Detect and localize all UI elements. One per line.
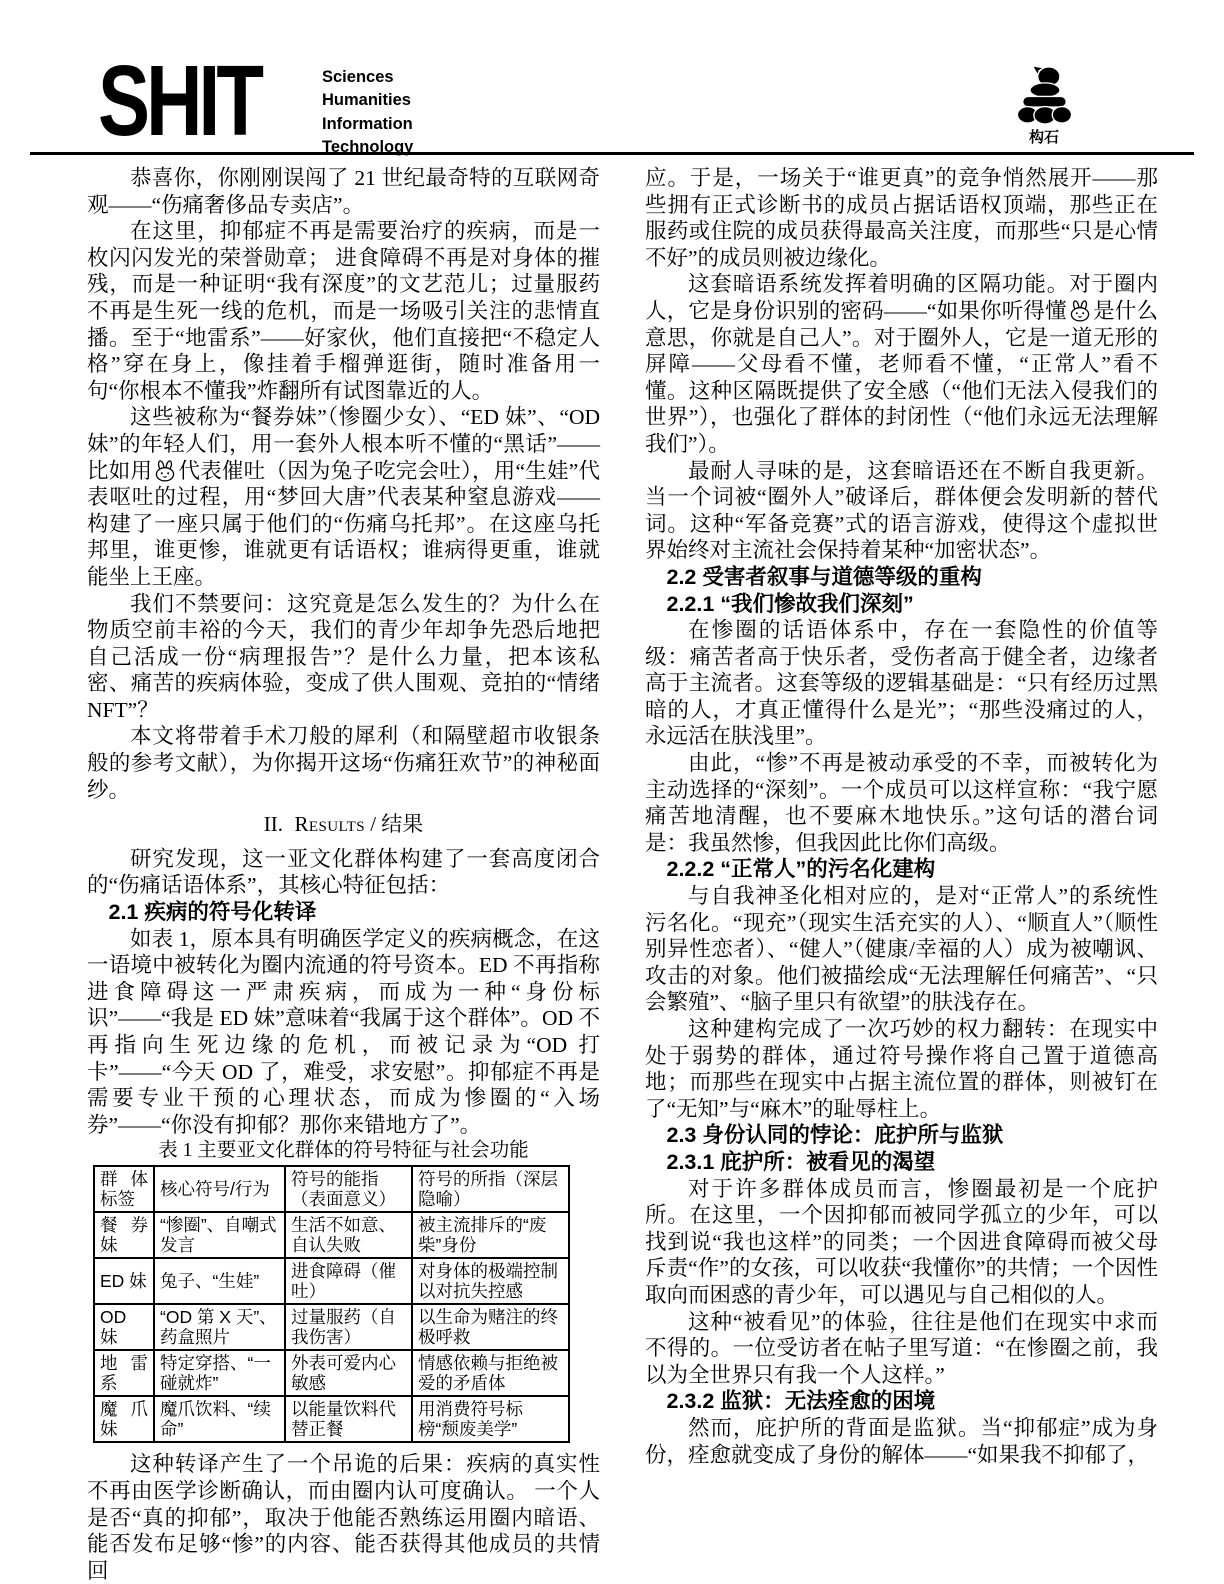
- subsection-heading: 2.2 受害者叙事与道德等级的重构: [645, 564, 1158, 591]
- table-header-cell: 符号的所指（深层隐喻）: [412, 1166, 569, 1212]
- journal-word: Humanities: [322, 89, 413, 112]
- table-cell: 餐券妹: [94, 1212, 154, 1258]
- text-run: 如表 1，原本具有明确医学定义的疾病概念，在这一语境中被转化为圈内流通的符号资本…: [87, 927, 600, 1137]
- table-cell: “OD 第 X 天”、药盒照片: [154, 1304, 285, 1350]
- subsection-heading: 2.3.1 庇护所：被看见的渴望: [645, 1149, 1158, 1176]
- paragraph: 这些被称为“餐券妹”（惨圈少女）、“ED 妹”、“OD 妹”的年轻人们，用一套外…: [87, 404, 600, 590]
- table-cell: 生活不如意、自认失败: [285, 1212, 412, 1258]
- table-caption: 表 1 主要亚文化群体的符号特征与社会功能: [87, 1139, 600, 1163]
- cairn-icon: [1013, 64, 1075, 124]
- text-run: 恭喜你，你刚刚误闯了 21 世纪最奇特的互联网奇观——“伤痛奢侈品专卖店”。: [87, 166, 600, 217]
- table-row: 地雷系特定穿搭、“一碰就炸”外表可爱内心敏感情感依赖与拒绝被爱的矛盾体: [94, 1350, 569, 1396]
- text-run: 应。于是，一场关于“谁更真”的竞争悄然展开——那些拥有正式诊断书的成员占据话语权…: [645, 166, 1158, 270]
- paragraph: 应。于是，一场关于“谁更真”的竞争悄然展开——那些拥有正式诊断书的成员占据话语权…: [645, 165, 1158, 271]
- subsection-heading: 2.2.2 “正常人”的污名化建构: [645, 856, 1158, 883]
- text-run: 与自我神圣化相对应的，是对“正常人”的系统性污名化。“现充”（现实生活充实的人）…: [645, 884, 1158, 1014]
- paragraph: 研究发现，这一亚文化群体构建了一套高度闭合的“伤痛话语体系”，其核心特征包括：: [87, 846, 600, 899]
- table-cell: OD 妹: [94, 1304, 154, 1350]
- subsection-heading: 2.3.2 监狱：无法痊愈的困境: [645, 1388, 1158, 1415]
- table-cell: 魔爪妹: [94, 1396, 154, 1442]
- right-column: 应。于是，一场关于“谁更真”的竞争悄然展开——那些拥有正式诊断书的成员占据话语权…: [645, 165, 1158, 1468]
- table-cell: 过量服药（自我伤害）: [285, 1304, 412, 1350]
- paragraph: 如表 1，原本具有明确医学定义的疾病概念，在这一语境中被转化为圈内流通的符号资本…: [87, 926, 600, 1139]
- left-column: 恭喜你，你刚刚误闯了 21 世纪最奇特的互联网奇观——“伤痛奢侈品专卖店”。在这…: [87, 165, 600, 1584]
- publisher-logo: 构石: [1010, 64, 1078, 146]
- paragraph: 本文将带着手术刀般的犀利（和隔壁超市收银条般的参考文献），为你揭开这场“伤痛狂欢…: [87, 723, 600, 803]
- table-cell: 用消费符号标榜“颓废美学”: [412, 1396, 569, 1442]
- text-run: 我们不禁要问：这究竟是怎么发生的？为什么在物质空前丰裕的今天，我们的青少年却争先…: [87, 592, 600, 722]
- text-run: 这种“被看见”的体验，往往是他们在现实中求而不得的。一位受访者在帖子里写道：“在…: [645, 1310, 1158, 1387]
- journal-word: Information: [322, 113, 413, 136]
- paragraph: 在这里，抑郁症不再是需要治疗的疾病，而是一枚闪闪发光的荣誉勋章； 进食障碍不再是…: [87, 218, 600, 404]
- paragraph: 这种“被看见”的体验，往往是他们在现实中求而不得的。一位受访者在帖子里写道：“在…: [645, 1309, 1158, 1389]
- paragraph: 我们不禁要问：这究竟是怎么发生的？为什么在物质空前丰裕的今天，我们的青少年却争先…: [87, 591, 600, 724]
- table-header-cell: 群体标签: [94, 1166, 154, 1212]
- text-run: 由此，“惨”不再是被动承受的不幸，而被转化为主动选择的“深刻”。一个成员可以这样…: [645, 751, 1158, 855]
- text-run: 本文将带着手术刀般的犀利（和隔壁超市收银条般的参考文献），为你揭开这场“伤痛狂欢…: [87, 724, 600, 801]
- table-cell: 以生命为赌注的终极呼救: [412, 1304, 569, 1350]
- section-heading: II.Results / 结果: [87, 811, 600, 838]
- text-run: 然而，庇护所的背面是监狱。当“抑郁症”成为身份，痊愈就变成了身份的解体——“如果…: [645, 1416, 1158, 1467]
- table-cell: “惨圈”、自嘲式发言: [154, 1212, 285, 1258]
- text-run: 这种转译产生了一个吊诡的后果：疾病的真实性不再由医学诊断确认，而由圈内认可度确认…: [87, 1452, 600, 1582]
- table-row: 魔爪妹魔爪饮料、“续命”以能量饮料代替正餐用消费符号标榜“颓废美学”: [94, 1396, 569, 1442]
- subsection-heading: 2.1 疾病的符号化转译: [87, 899, 600, 926]
- journal-subtitle: Sciences Humanities Information Technolo…: [322, 66, 413, 160]
- paragraph: 由此，“惨”不再是被动承受的不幸，而被转化为主动选择的“深刻”。一个成员可以这样…: [645, 750, 1158, 856]
- text-run: 对于许多群体成员而言，惨圈最初是一个庇护所。在这里，一个因抑郁而被同学孤立的少年…: [645, 1177, 1158, 1307]
- text-run: 这种建构完成了一次巧妙的权力翻转：在现实中处于弱势的群体，通过符号操作将自己置于…: [645, 1017, 1158, 1121]
- table-cell: 进食障碍（催吐）: [285, 1258, 412, 1304]
- paragraph: 恭喜你，你刚刚误闯了 21 世纪最奇特的互联网奇观——“伤痛奢侈品专卖店”。: [87, 165, 600, 218]
- text-run: 最耐人寻味的是，这套暗语还在不断自我更新。当一个词被“圈外人”破译后，群体便会发…: [645, 459, 1158, 563]
- rabbit-icon: [1068, 300, 1092, 322]
- table-cell: 以能量饮料代替正餐: [285, 1396, 412, 1442]
- table-header-row: 群体标签核心符号/行为符号的能指（表面意义）符号的所指（深层隐喻）: [94, 1166, 569, 1212]
- table-cell: 地雷系: [94, 1350, 154, 1396]
- journal-word: Sciences: [322, 66, 413, 89]
- section-title-suffix: / 结果: [365, 812, 423, 836]
- journal-acronym: SHIT: [98, 57, 260, 145]
- table-cell: 被主流排斥的“废柴”身份: [412, 1212, 569, 1258]
- paragraph: 这种转译产生了一个吊诡的后果：疾病的真实性不再由医学诊断确认，而由圈内认可度确认…: [87, 1451, 600, 1584]
- table-cell: 魔爪饮料、“续命”: [154, 1396, 285, 1442]
- table-cell: 特定穿搭、“一碰就炸”: [154, 1350, 285, 1396]
- rabbit-icon: [153, 460, 177, 482]
- text-run: 在惨圈的话语体系中，存在一套隐性的价值等级：痛苦者高于快乐者，受伤者高于健全者，…: [645, 618, 1158, 748]
- table-row: 餐券妹“惨圈”、自嘲式发言生活不如意、自认失败被主流排斥的“废柴”身份: [94, 1212, 569, 1258]
- journal-word: Technology: [322, 136, 413, 159]
- journal-page: SHIT Sciences Humanities Information Tec…: [0, 0, 1224, 1584]
- table-cell: 兔子、“生娃”: [154, 1258, 285, 1304]
- paragraph: 与自我神圣化相对应的，是对“正常人”的系统性污名化。“现充”（现实生活充实的人）…: [645, 883, 1158, 1016]
- table-header-cell: 符号的能指（表面意义）: [285, 1166, 412, 1212]
- table-cell: 情感依赖与拒绝被爱的矛盾体: [412, 1350, 569, 1396]
- publisher-name: 构石: [1010, 130, 1078, 146]
- paragraph: 最耐人寻味的是，这套暗语还在不断自我更新。当一个词被“圈外人”破译后，群体便会发…: [645, 458, 1158, 564]
- paragraph: 对于许多群体成员而言，惨圈最初是一个庇护所。在这里，一个因抑郁而被同学孤立的少年…: [645, 1176, 1158, 1309]
- table-cell: ED 妹: [94, 1258, 154, 1304]
- section-numeral: II.: [264, 812, 283, 836]
- text-run: 研究发现，这一亚文化群体构建了一套高度闭合的“伤痛话语体系”，其核心特征包括：: [87, 847, 600, 898]
- symbols-table: 群体标签核心符号/行为符号的能指（表面意义）符号的所指（深层隐喻）餐券妹“惨圈”…: [93, 1165, 570, 1443]
- table-cell: 外表可爱内心敏感: [285, 1350, 412, 1396]
- table-cell: 对身体的极端控制以对抗失控感: [412, 1258, 569, 1304]
- paragraph: 然而，庇护所的背面是监狱。当“抑郁症”成为身份，痊愈就变成了身份的解体——“如果…: [645, 1415, 1158, 1468]
- section-title-text: Results: [295, 812, 365, 836]
- table-row: ED 妹兔子、“生娃”进食障碍（催吐）对身体的极端控制以对抗失控感: [94, 1258, 569, 1304]
- subsection-heading: 2.3 身份认同的悖论：庇护所与监狱: [645, 1122, 1158, 1149]
- paragraph: 在惨圈的话语体系中，存在一套隐性的价值等级：痛苦者高于快乐者，受伤者高于健全者，…: [645, 617, 1158, 750]
- table-row: OD 妹“OD 第 X 天”、药盒照片过量服药（自我伤害）以生命为赌注的终极呼救: [94, 1304, 569, 1350]
- subsection-heading: 2.2.1 “我们惨故我们深刻”: [645, 591, 1158, 618]
- paragraph: 这种建构完成了一次巧妙的权力翻转：在现实中处于弱势的群体，通过符号操作将自己置于…: [645, 1016, 1158, 1122]
- header-rule: [30, 152, 1194, 155]
- paragraph: 这套暗语系统发挥着明确的区隔功能。对于圈内人，它是身份识别的密码——“如果你听得…: [645, 271, 1158, 457]
- text-run: 在这里，抑郁症不再是需要治疗的疾病，而是一枚闪闪发光的荣誉勋章； 进食障碍不再是…: [87, 219, 600, 403]
- table-header-cell: 核心符号/行为: [154, 1166, 285, 1212]
